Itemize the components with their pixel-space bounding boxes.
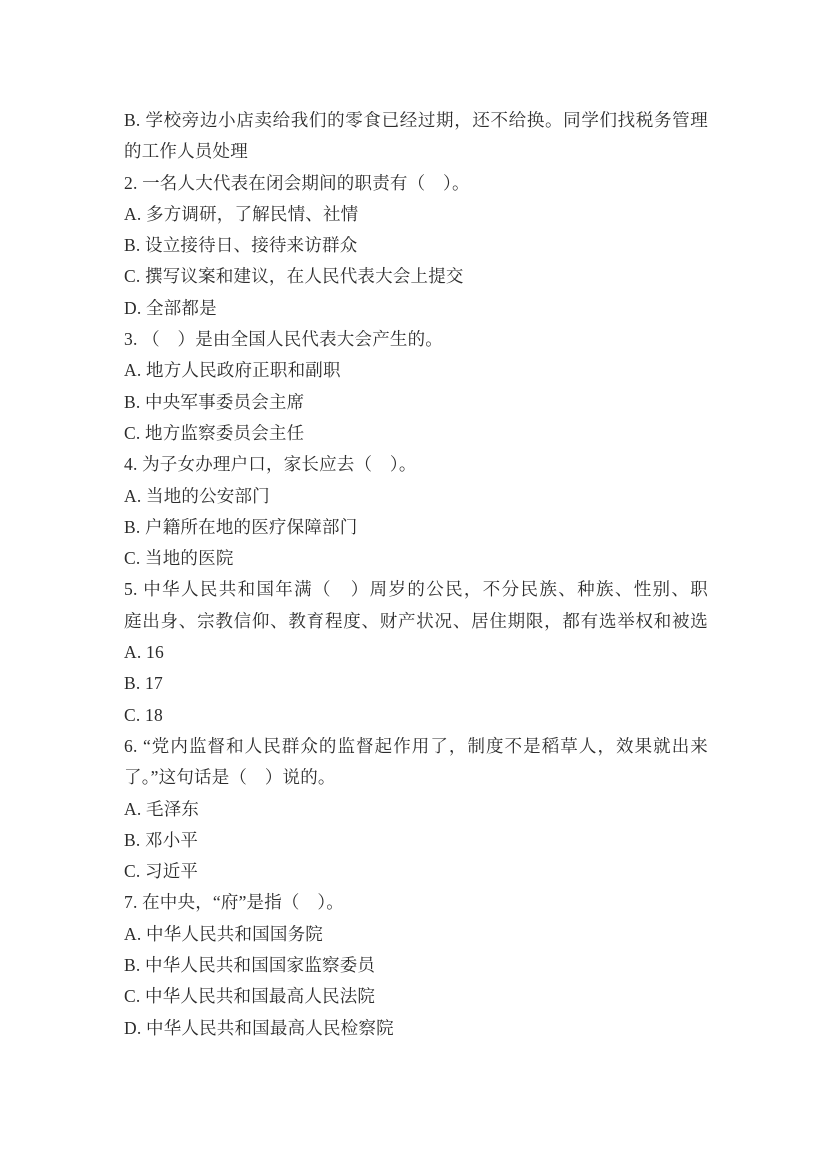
text-line: 3. （ ）是由全国人民代表大会产生的。: [124, 324, 708, 355]
text-line: B. 学校旁边小店卖给我们的零食已经过期，还不给换。同学们找税务管理部门: [124, 105, 708, 136]
text-line: 6. “党内监督和人民群众的监督起作用了，制度不是稻草人，效果就出来: [124, 731, 708, 762]
text-line: 2. 一名人大代表在闭会期间的职责有（ ）。: [124, 168, 708, 199]
text-line: C. 当地的医院: [124, 543, 708, 574]
text-line: B. 户籍所在地的医疗保障部门: [124, 512, 708, 543]
text-line: A. 地方人民政府正职和副职: [124, 355, 708, 386]
text-line: A. 当地的公安部门: [124, 481, 708, 512]
text-line: C. 地方监察委员会主任: [124, 418, 708, 449]
document-text-block: B. 学校旁边小店卖给我们的零食已经过期，还不给换。同学们找税务管理部门的工作人…: [124, 105, 708, 1044]
document-page: B. 学校旁边小店卖给我们的零食已经过期，还不给换。同学们找税务管理部门的工作人…: [0, 0, 826, 1169]
text-line: 的工作人员处理: [124, 136, 708, 167]
text-line: A. 中华人民共和国国务院: [124, 919, 708, 950]
text-line: B. 中华人民共和国国家监察委员: [124, 950, 708, 981]
text-line: D. 全部都是: [124, 293, 708, 324]
text-line: B. 17: [124, 668, 708, 699]
text-line: C. 撰写议案和建议，在人民代表大会上提交: [124, 261, 708, 292]
text-line: C. 习近平: [124, 856, 708, 887]
text-line: 庭出身、宗教信仰、教育程度、财产状况、居住期限，都有选举权和被选举权。: [124, 606, 708, 637]
text-line: A. 毛泽东: [124, 794, 708, 825]
text-line: C. 18: [124, 700, 708, 731]
text-line: A. 16: [124, 637, 708, 668]
text-line: 5. 中华人民共和国年满（ ）周岁的公民，不分民族、种族、性别、职业、家: [124, 574, 708, 605]
text-line: 4. 为子女办理户口，家长应去（ ）。: [124, 449, 708, 480]
text-line: C. 中华人民共和国最高人民法院: [124, 981, 708, 1012]
text-line: B. 邓小平: [124, 825, 708, 856]
text-line: 7. 在中央，“府”是指（ ）。: [124, 887, 708, 918]
text-line: B. 中央军事委员会主席: [124, 387, 708, 418]
text-line: D. 中华人民共和国最高人民检察院: [124, 1013, 708, 1044]
text-line: B. 设立接待日、接待来访群众: [124, 230, 708, 261]
text-line: 了。”这句话是（ ）说的。: [124, 762, 708, 793]
text-line: A. 多方调研，了解民情、社情: [124, 199, 708, 230]
